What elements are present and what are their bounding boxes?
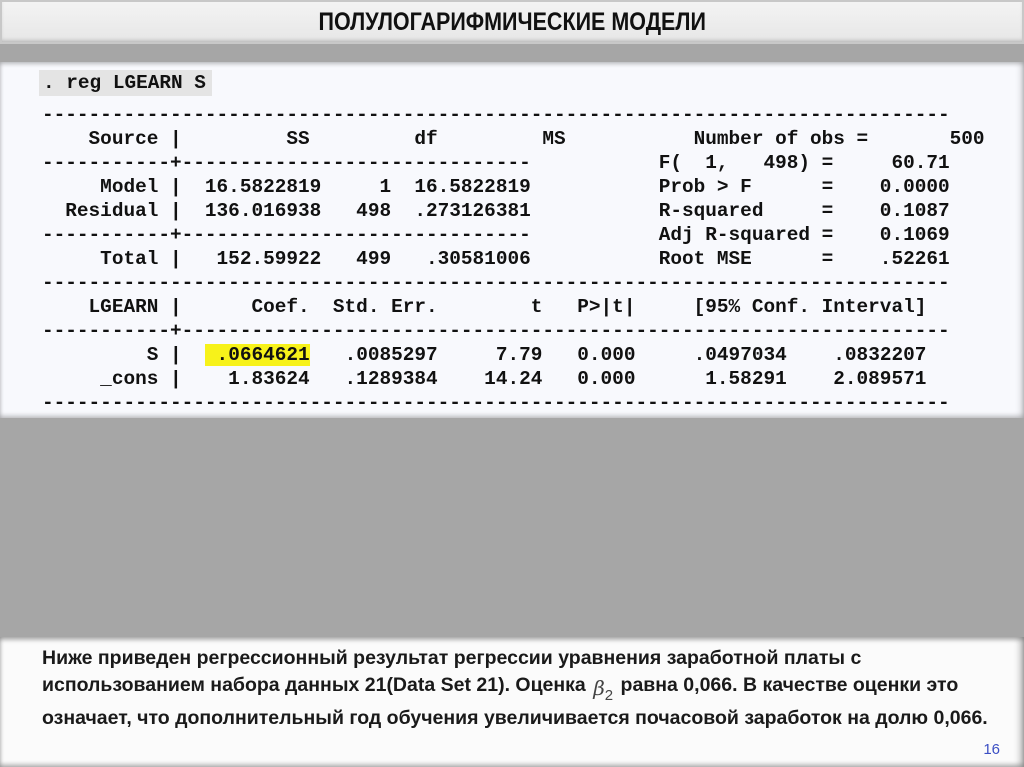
description-text: Ниже приведен регрессионный результат ре…: [42, 645, 992, 731]
gray-band-top: [0, 44, 1024, 62]
stata-command: . reg LGEARN S: [39, 70, 212, 96]
slide-title: ПОЛУЛОГАРИФМИЧЕСКИЕ МОДЕЛИ: [318, 8, 705, 37]
output-line: -----------+----------------------------…: [42, 223, 985, 247]
output-line: -----------+----------------------------…: [42, 151, 985, 175]
slide-title-bar: ПОЛУЛОГАРИФМИЧЕСКИЕ МОДЕЛИ: [0, 0, 1024, 44]
page-number: 16: [983, 741, 1000, 758]
output-line: Model | 16.5822819 1 16.5822819 Prob > F…: [42, 175, 985, 199]
output-line: ----------------------------------------…: [42, 103, 985, 127]
output-line: ----------------------------------------…: [42, 271, 985, 295]
output-line: Residual | 136.016938 498 .273126381 R-s…: [42, 199, 985, 223]
beta-symbol: β2: [593, 676, 613, 700]
output-line: _cons | 1.83624 .1289384 14.24 0.000 1.5…: [42, 367, 985, 391]
output-line: S | .0664621 .0085297 7.79 0.000 .049703…: [42, 343, 985, 367]
output-line: Total | 152.59922 499 .30581006 Root MSE…: [42, 247, 985, 271]
output-line: Source | SS df MS Number of obs = 500: [42, 127, 985, 151]
gray-band-middle: [0, 418, 1024, 637]
output-line: LGEARN | Coef. Std. Err. t P>|t| [95% Co…: [42, 295, 985, 319]
highlighted-coefficient: .0664621: [205, 344, 310, 366]
output-line: ----------------------------------------…: [42, 391, 985, 415]
output-line: -----------+----------------------------…: [42, 319, 985, 343]
regression-output-table: ----------------------------------------…: [42, 103, 985, 415]
